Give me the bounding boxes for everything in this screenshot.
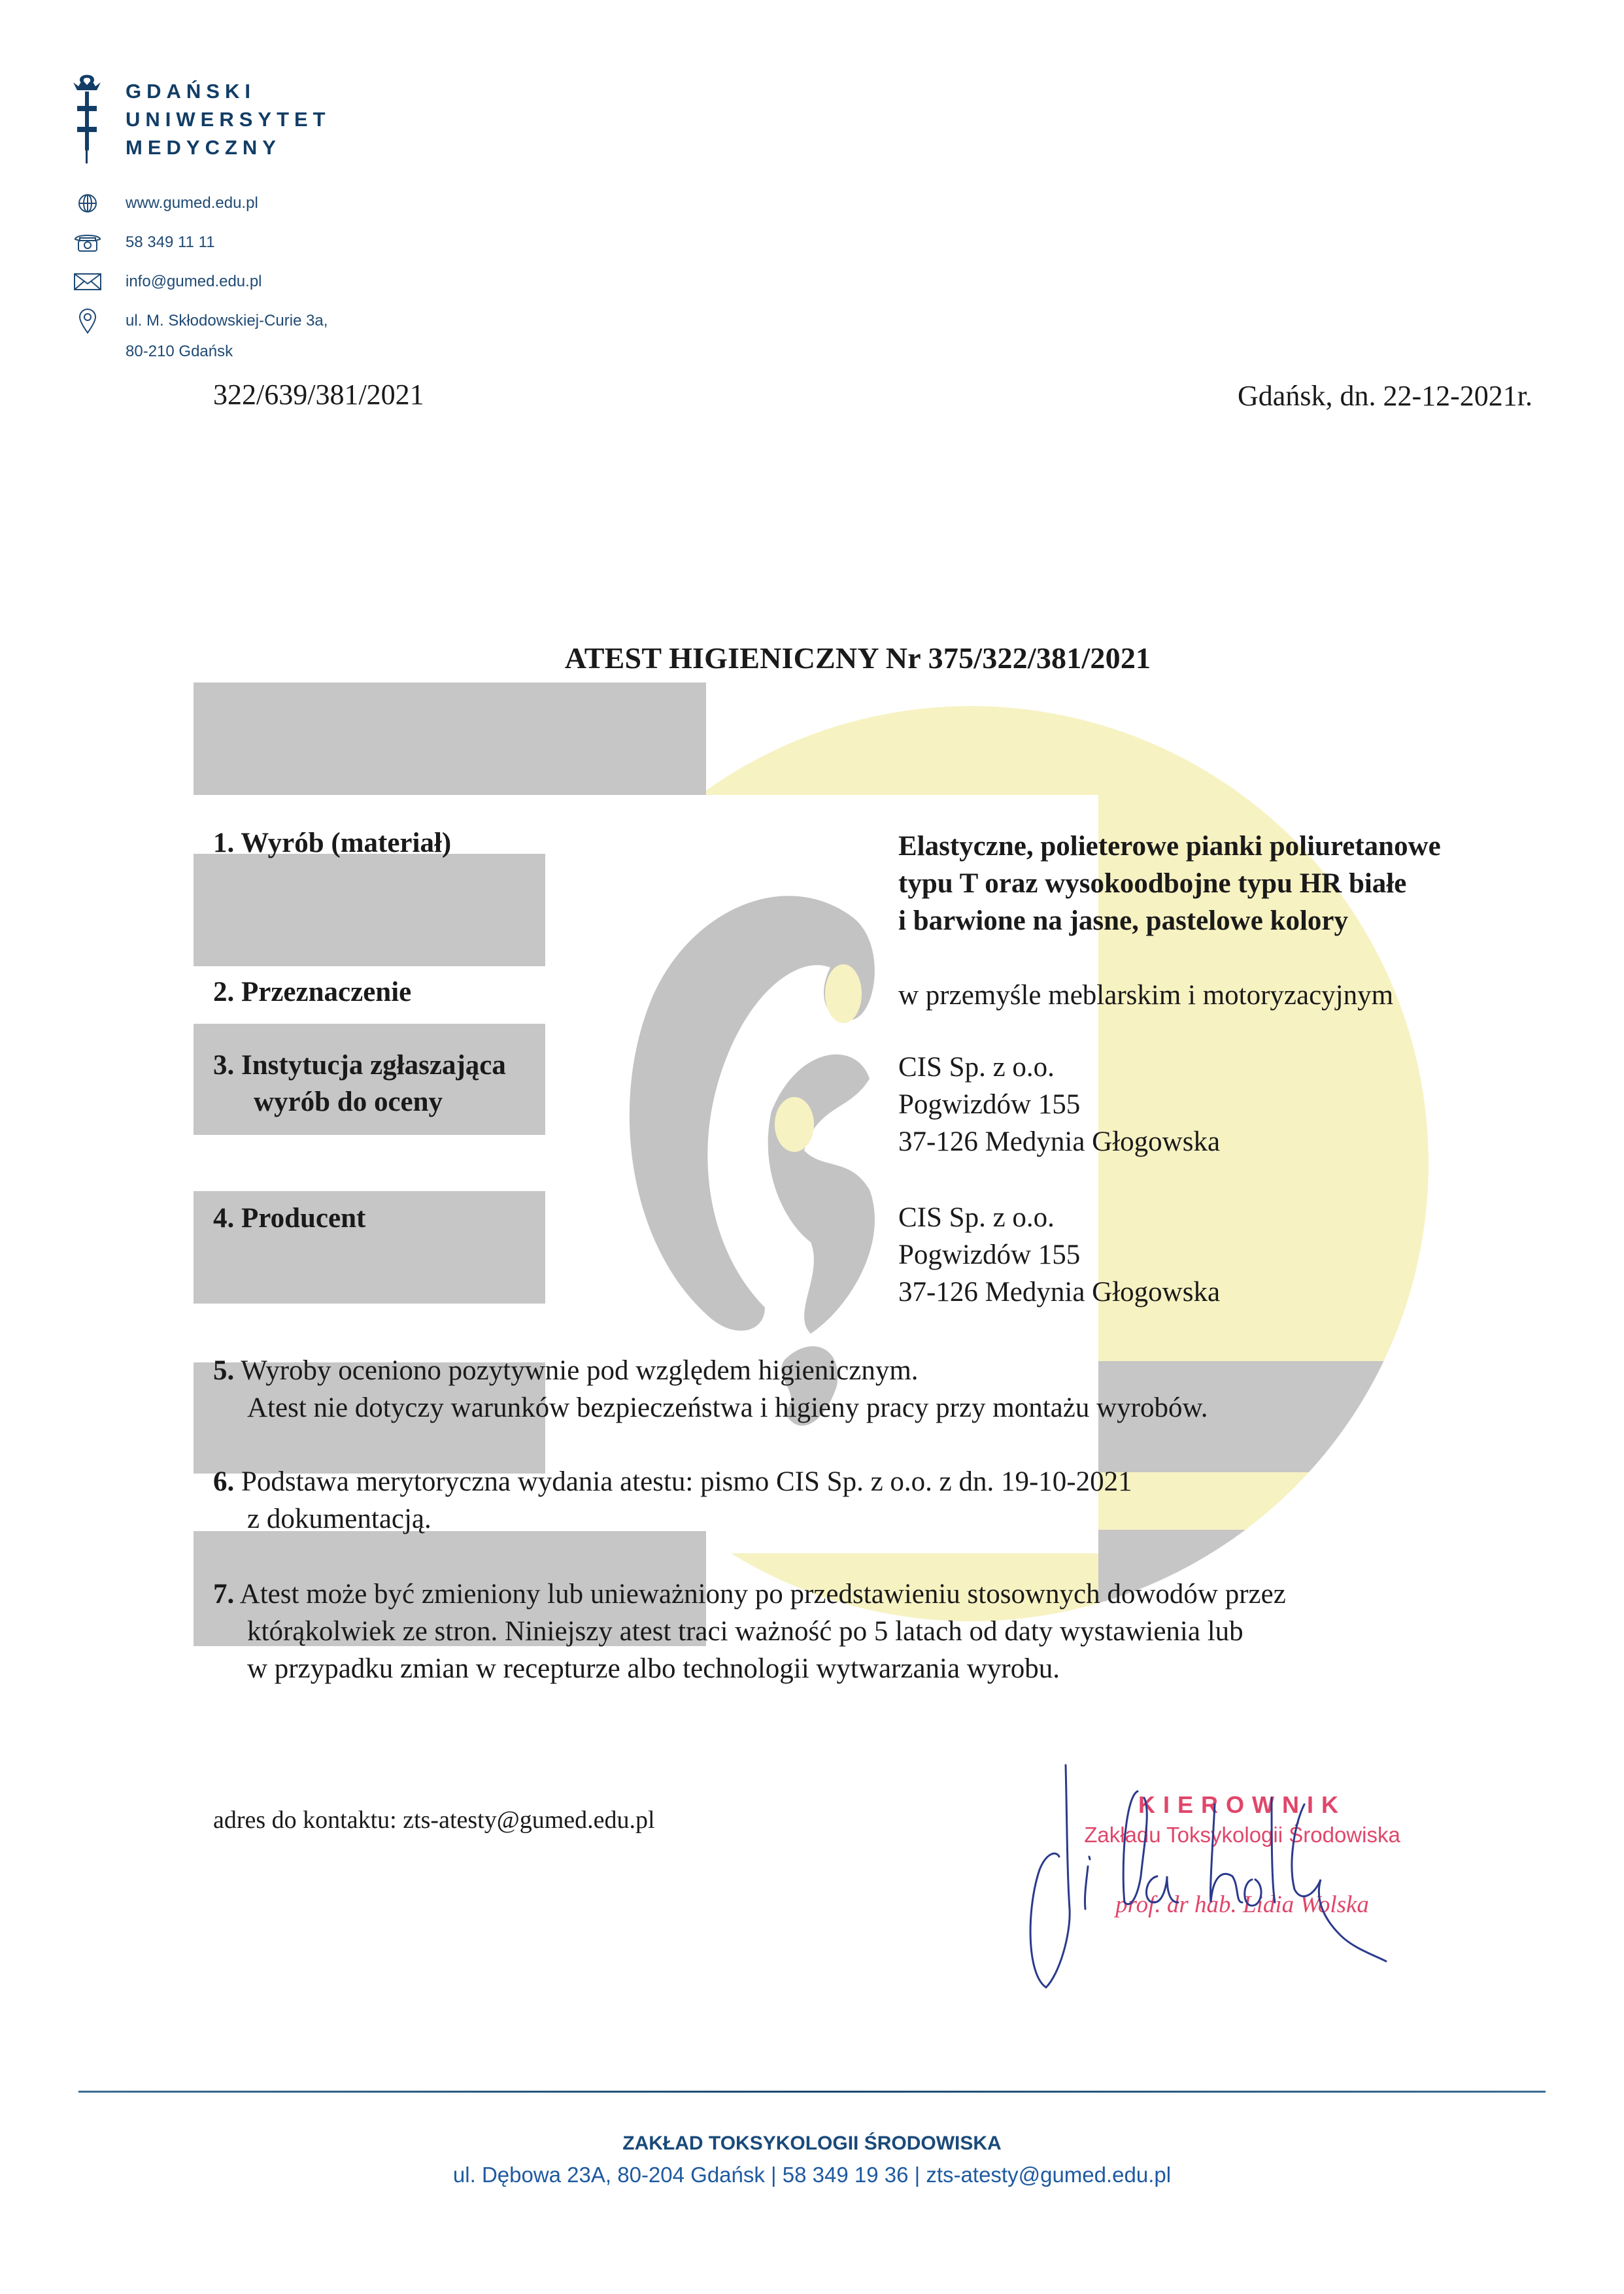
paragraph-6-number: 6.	[213, 1466, 234, 1497]
website-link[interactable]: www.gumed.edu.pl	[126, 194, 258, 212]
university-name: GDAŃSKI UNIWERSYTET MEDYCZNY	[126, 77, 331, 161]
item-3-value: CIS Sp. z o.o. Pogwizdów 155 37-126 Medy…	[898, 1049, 1220, 1160]
contact-email: info@gumed.edu.pl	[73, 271, 262, 293]
globe-icon	[73, 192, 102, 214]
item-1-label: 1. Wyrób (materiał)	[213, 825, 451, 862]
item-4-value: CIS Sp. z o.o. Pogwizdów 155 37-126 Medy…	[898, 1199, 1220, 1311]
contact-address-line: adres do kontaktu: zts-atesty@gumed.edu.…	[213, 1806, 655, 1834]
document-title: ATEST HIGIENICZNY Nr 375/322/381/2021	[0, 641, 1624, 675]
footer-divider	[78, 2091, 1546, 2093]
phone-number: 58 349 11 11	[126, 233, 215, 252]
contact-phone: 58 349 11 11	[73, 231, 215, 254]
contact-address: ul. M. Skłodowskiej-Curie 3a,	[73, 310, 328, 332]
location-pin-icon	[73, 310, 102, 332]
paragraph-7: 7. Atest może być zmieniony lub unieważn…	[213, 1576, 1286, 1687]
footer-title: ZAKŁAD TOKSYKOLOGII ŚRODOWISKA	[0, 2133, 1624, 2155]
item-2-label: 2. Przeznaczenie	[213, 974, 411, 1011]
university-logo-icon	[71, 73, 103, 165]
envelope-icon	[73, 271, 102, 293]
paragraph-5-number: 5.	[213, 1355, 234, 1386]
paragraph-6: 6. Podstawa merytoryczna wydania atestu:…	[213, 1463, 1132, 1538]
email-link[interactable]: info@gumed.edu.pl	[126, 273, 262, 291]
contact-website: www.gumed.edu.pl	[73, 192, 258, 214]
item-2-value: w przemyśle meblarskim i motoryzacyjnym	[898, 977, 1393, 1014]
phone-icon	[73, 231, 102, 254]
paragraph-5: 5. Wyroby oceniono pozytywnie pod względ…	[213, 1352, 1208, 1426]
place-date: Gdańsk, dn. 22-12-2021r.	[1238, 379, 1532, 413]
reference-number: 322/639/381/2021	[213, 378, 424, 411]
footer-address: ul. Dębowa 23A, 80-204 Gdańsk | 58 349 1…	[0, 2163, 1624, 2187]
address-line-2: 80-210 Gdańsk	[126, 343, 233, 361]
signature-icon	[1007, 1739, 1419, 2000]
item-1-value: Elastyczne, polieterowe pianki poliureta…	[898, 828, 1441, 939]
paragraph-7-number: 7.	[213, 1579, 234, 1610]
address-line-1: ul. M. Skłodowskiej-Curie 3a,	[126, 312, 328, 330]
item-4-label: 4. Producent	[213, 1200, 365, 1237]
item-3-label: 3. Instytucja zgłaszająca wyrób do oceny	[213, 1047, 506, 1121]
